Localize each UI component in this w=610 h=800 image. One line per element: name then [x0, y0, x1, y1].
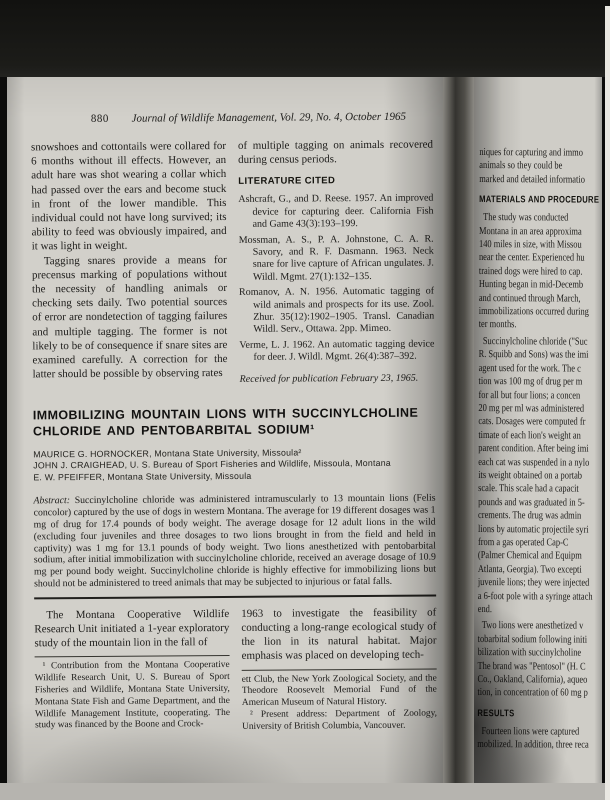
text-line: end.	[478, 603, 602, 617]
right-page-content: niques for capturing and immoanimals so …	[474, 76, 602, 752]
article-title: IMMOBILIZING MOUNTAIN LIONS WITH SUCCINY…	[33, 404, 435, 440]
literature-cited-heading: LITERATURE CITED	[238, 175, 433, 187]
text-line: from a gas operated Cap-C	[478, 536, 602, 550]
scan-edge-right	[605, 6, 610, 800]
reference-list: Ashcraft, G., and D. Reese. 1957. An imp…	[238, 193, 434, 365]
text-line: ter months.	[479, 318, 602, 332]
reference-entry: Mossman, A. S., P. A. Johnstone, C. A. R…	[239, 233, 434, 284]
column-left: snowshoes and cottontails were collared …	[31, 139, 228, 386]
materials-heading: MATERIALS AND PROCEDURE	[479, 194, 602, 206]
introduction-columns: The Montana Cooperative Wildlife Researc…	[34, 605, 437, 735]
article-title-line2: CHLORIDE AND PENTOBARBITAL SODIUM¹	[33, 421, 435, 440]
column-right: 1963 to investigate the feasibility of c…	[241, 605, 437, 733]
text-line: lions by automatic projectile syri	[478, 523, 602, 537]
article-title-line1: IMMOBILIZING MOUNTAIN LIONS WITH SUCCINY…	[33, 404, 435, 423]
text-line: Atlanta, Georgia). Two excepti	[478, 563, 602, 577]
text-line: Fourteen lions were captured	[477, 725, 602, 739]
text-line: timate of each lion's weight an	[478, 429, 602, 443]
text-line: Hunting began in mid-Decemb	[479, 278, 602, 292]
book-gutter-shadow	[443, 76, 474, 783]
text-line: pounds and was graduated in 5-	[478, 496, 602, 510]
abstract-label: Abstract:	[33, 496, 70, 507]
paragraph: of multiple tagging on animals recovered…	[238, 138, 433, 168]
footnote-continuation: ett Club, the New York Zoological Societ…	[242, 673, 437, 710]
received-note: Received for publication February 23, 19…	[240, 372, 435, 384]
abstract-text: Succinylcholine chloride was administere…	[34, 493, 436, 589]
text-line: near the center. Experienced hu	[479, 251, 602, 265]
text-block: niques for capturing and immoanimals so …	[479, 146, 602, 187]
journal-page-right: niques for capturing and immoanimals so …	[474, 76, 602, 783]
text-line: tobarbital sodium following initi	[478, 633, 602, 647]
text-line: Montana in an area approxima	[479, 225, 602, 239]
footnote-rule	[242, 668, 437, 670]
text-block: Fourteen lions were capturedmobilized. I…	[477, 725, 602, 753]
text-line: bilization with succinylcholine	[478, 646, 602, 660]
text-block: Succinylcholine chloride ("SucR. Squibb …	[478, 335, 602, 617]
text-line: tion, in concentration of 60 mg p	[477, 686, 602, 700]
text-line: The study was conducted	[479, 211, 602, 225]
text-line: and continued through March,	[479, 292, 602, 306]
divider-rule	[34, 594, 436, 599]
left-page-content: 880 Journal of Wildlife Management, Vol.…	[7, 76, 445, 783]
column-left: The Montana Cooperative Wildlife Researc…	[34, 607, 230, 735]
reference-entry: Ashcraft, G., and D. Reese. 1957. An imp…	[238, 193, 433, 232]
text-line: parent condition. After being imi	[478, 442, 602, 456]
text-line: immobilizations occurred during	[479, 305, 602, 319]
scan-border-top	[0, 0, 610, 77]
text-line: trained dogs were hired to cap.	[479, 265, 602, 279]
paragraph: Tagging snares provide a means for prece…	[32, 253, 228, 382]
paragraph: 1963 to investigate the feasibility of c…	[241, 605, 436, 663]
text-line: Co., Oakland, California), aqueo	[477, 673, 602, 687]
text-line: cats. Dosages were computed fr	[478, 415, 602, 429]
text-line: animals so they could be	[479, 159, 602, 173]
footnote: ¹ Contribution from the Montana Cooperat…	[35, 660, 230, 732]
previous-article-columns: snowshoes and cottontails were collared …	[31, 138, 435, 386]
reference-entry: Romanov, A. N. 1956. Automatic tagging o…	[239, 286, 434, 337]
text-line: 20 mg per ml was administered	[478, 402, 602, 416]
text-line: crements. The drug was admin	[478, 509, 602, 523]
paragraph: snowshoes and cottontails were collared …	[31, 139, 227, 254]
text-line: 140 miles in size, with Missou	[479, 238, 602, 252]
footnote-rule	[35, 655, 230, 657]
text-line: for all but four lions; a concen	[478, 389, 602, 403]
author-line: E. W. PFEIFFER, Montana State University…	[33, 469, 435, 483]
journal-page-left: 880 Journal of Wildlife Management, Vol.…	[7, 76, 445, 783]
page-number: 880	[91, 113, 109, 125]
text-line: juvenile lions; they were injected	[478, 576, 602, 590]
text-line: tion was 100 mg of drug per m	[479, 375, 602, 389]
text-line: Succinylcholine chloride ("Suc	[479, 335, 602, 349]
page-header: 880 Journal of Wildlife Management, Vol.…	[91, 111, 433, 125]
text-line: The brand was "Pentosol" (H. C	[478, 660, 602, 674]
text-block: The study was conductedMontana in an are…	[479, 211, 602, 332]
text-line: scale. This scale had a capacit	[478, 482, 602, 496]
text-line: each cat was suspended in a nylo	[478, 456, 602, 470]
scan-border-bottom	[0, 783, 610, 800]
text-line: niques for capturing and immo	[479, 146, 602, 160]
text-block: Two lions were anesthetized vtobarbital …	[477, 619, 602, 700]
text-line: (Palmer Chemical and Equipm	[478, 549, 602, 563]
abstract: Abstract: Succinylcholine chloride was a…	[33, 493, 436, 590]
results-heading: RESULTS	[477, 708, 602, 720]
author-list: MAURICE G. HORNOCKER, Montana State Univ…	[33, 446, 435, 484]
text-line: R. Squibb and Sons) was the imi	[479, 348, 602, 362]
journal-title: Journal of Wildlife Management, Vol. 29,…	[132, 111, 406, 125]
column-right: of multiple tagging on animals recovered…	[238, 138, 435, 385]
text-line: a 6-foot pole with a syringe attach	[478, 590, 602, 604]
text-line: marked and detailed informatio	[479, 173, 602, 187]
scanned-journal-spread: { "page_header": { "page_number": "880",…	[0, 0, 610, 800]
text-line: Two lions were anesthetized v	[478, 619, 602, 633]
reference-entry: Verme, L. J. 1962. An automatic tagging …	[239, 338, 434, 364]
footnote: ² Present address: Department of Zoology…	[242, 709, 437, 734]
paragraph: The Montana Cooperative Wildlife Researc…	[34, 607, 229, 651]
text-line: its weight obtained on a portab	[478, 469, 602, 483]
text-line: agent used for the work. The c	[479, 362, 602, 376]
text-line: mobilized. In addition, three reca	[477, 738, 602, 752]
